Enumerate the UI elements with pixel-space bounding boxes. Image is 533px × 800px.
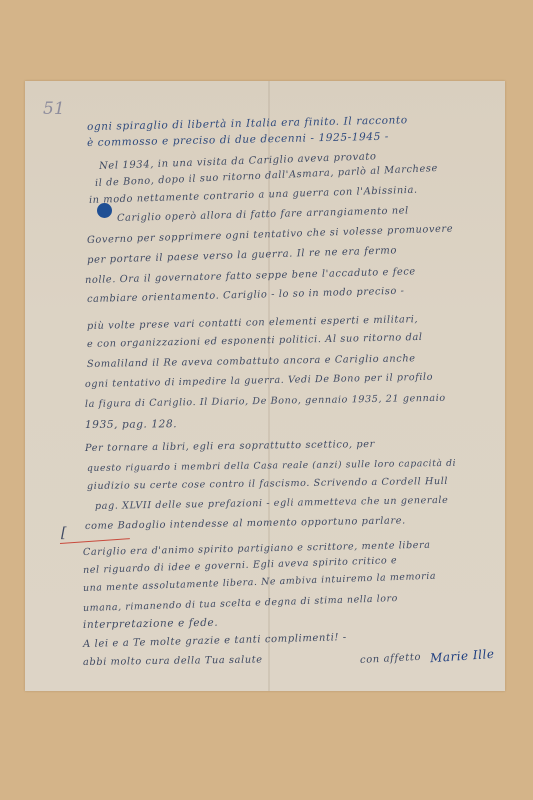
letter-page: 51 [ ogni spiraglio di libertà in Italia…: [25, 81, 505, 691]
letter-line: come Badoglio intendesse al momento oppo…: [85, 515, 406, 532]
letter-line: cambiare orientamento. Cariglio - lo so …: [87, 286, 405, 305]
letter-line: interpretazione e fede.: [83, 617, 218, 631]
letter-line: in modo nettamente contrario a una guerr…: [89, 185, 418, 206]
letter-line: 1935, pag. 128.: [85, 418, 177, 431]
letter-line: questo riguardo i membri della Casa real…: [87, 458, 456, 474]
letter-line: pag. XLVII delle sue prefazioni - egli a…: [95, 495, 449, 512]
letter-line: ogni spiraglio di libertà in Italia era …: [87, 114, 408, 133]
signature: Marie Ille: [430, 647, 495, 665]
letter-line: è commosso e preciso di due decenni - 19…: [87, 131, 389, 149]
letter-line: Governo per sopprimere ogni tentativo ch…: [87, 223, 454, 246]
letter-line: ogni tentativo di impedire la guerra. Ve…: [85, 372, 433, 390]
letter-line: e con organizzazioni ed esponenti politi…: [87, 332, 423, 350]
letter-line: nolle. Ora il governatore fatto seppe be…: [85, 266, 416, 286]
closing: con affetto: [360, 652, 422, 666]
page-number: 51: [43, 99, 65, 119]
red-pencil-underline: [60, 538, 130, 544]
letter-line: A lei e a Te molte grazie e tanti compli…: [83, 632, 347, 650]
letter-line: la figura di Cariglio. Il Diario, De Bon…: [85, 393, 446, 410]
letter-line: abbi molto cura della Tua salute: [83, 654, 263, 668]
marginal-bracket: [: [61, 525, 66, 541]
letter-line: Somaliland il Re aveva combattuto ancora…: [87, 353, 416, 370]
letter-line: Per tornare a libri, egli era soprattutt…: [85, 439, 375, 454]
letter-line: per portare il paese verso la guerra. Il…: [87, 245, 397, 266]
letter-line: Cariglio operò allora di fatto fare arra…: [117, 205, 409, 224]
letter-line: umana, rimanendo di tua scelta e degna d…: [83, 593, 398, 614]
letter-line: più volte prese vari contatti con elemen…: [87, 314, 418, 332]
